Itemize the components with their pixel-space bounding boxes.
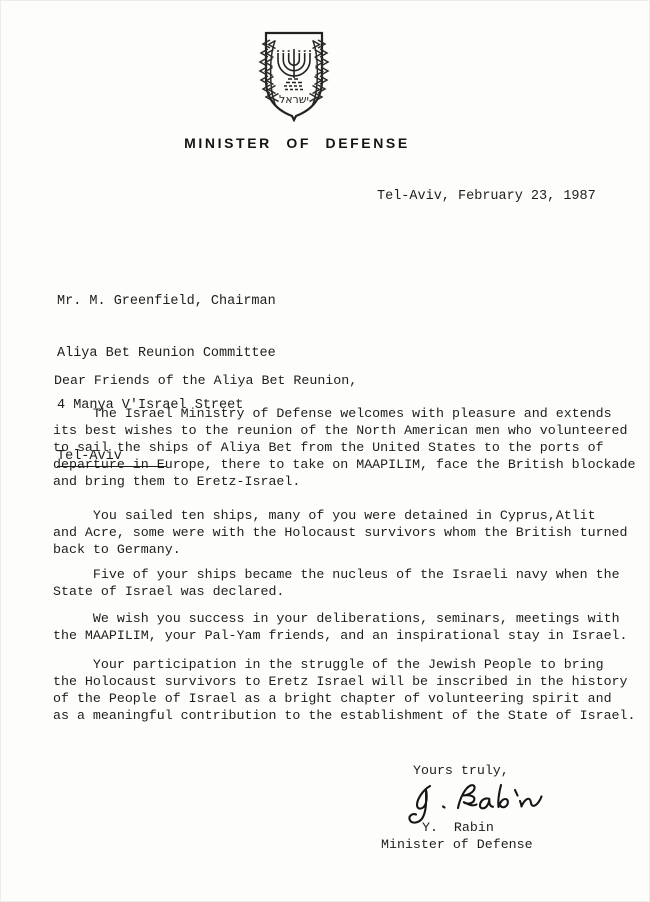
body-paragraph-4: We wish you success in your deliberation… xyxy=(53,610,645,644)
body-paragraph-5: Your participation in the struggle of th… xyxy=(53,656,645,724)
signer-title: Minister of Defense xyxy=(381,836,533,853)
letterhead-title: MINISTER OF DEFENSE xyxy=(172,135,422,151)
signer-typed-name: Y. Rabin xyxy=(422,819,494,836)
recipient-name: Mr. M. Greenfield, Chairman xyxy=(57,293,276,310)
body-paragraph-2: You sailed ten ships, many of you were d… xyxy=(53,507,645,558)
body-paragraph-1: The Israel Ministry of Defense welcomes … xyxy=(53,405,645,490)
menorah-icon xyxy=(277,50,311,90)
israel-state-emblem-icon: ישראל xyxy=(256,30,332,122)
letter-page: ישראל MINISTER OF DEFENSE Tel-Aviv, Febr… xyxy=(0,0,650,902)
valediction: Yours truly, xyxy=(413,762,509,779)
recipient-organization: Aliya Bet Reunion Committee xyxy=(57,345,276,362)
body-paragraph-3: Five of your ships became the nucleus of… xyxy=(53,566,645,600)
salutation: Dear Friends of the Aliya Bet Reunion, xyxy=(54,372,357,389)
dateline: Tel-Aviv, February 23, 1987 xyxy=(377,188,596,205)
emblem-hebrew-caption: ישראל xyxy=(279,93,309,106)
